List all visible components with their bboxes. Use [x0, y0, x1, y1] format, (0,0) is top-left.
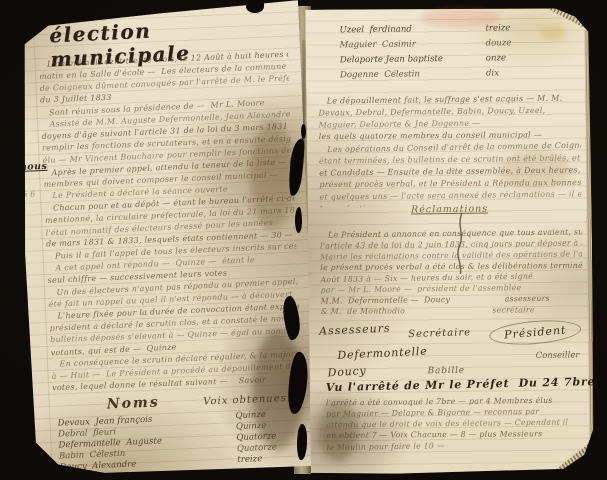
closing-title: Vu l'arrêté de Mr le Préfet Du 24 7bre 1…	[326, 374, 607, 394]
candidate-name: Dogenne Célestin	[340, 67, 486, 84]
right-body-text-1: Le dépouillement fait, le suffrage s'est…	[318, 92, 581, 207]
tear-hole	[295, 207, 302, 233]
label-councillor: Conseiller	[536, 350, 580, 361]
tear-hole	[301, 124, 306, 139]
right-body-text-2: Le Président a annoncé en conséquence qu…	[320, 226, 583, 319]
signature-defermontelle: Defermontelle	[337, 345, 428, 362]
top-edge-notch	[246, 0, 264, 13]
left-page: élection municipale nous № 6 L'an mil hu…	[10, 0, 317, 478]
candidate-votes: douze	[486, 36, 550, 52]
label-president: Président	[488, 317, 582, 347]
signature-babille: Babille	[428, 366, 465, 376]
closing-text: l'arrêté a été convoqué le 7bre — par 4 …	[326, 394, 583, 457]
right-page: Uzeel ferdinand treize Maguier Casimir d…	[305, 6, 595, 474]
signature-labels-row: Assesseurs Secrétaire Président	[319, 320, 581, 346]
signature-doucy: Doucy	[327, 364, 367, 379]
candidate-votes: dix	[486, 66, 550, 82]
label-assessors: Assesseurs	[319, 321, 391, 337]
results-table-left: Devaux Jean françois Quinze Debral fleur…	[57, 408, 301, 473]
margin-number: № 6	[20, 189, 36, 199]
results-table-continued: Uzeel ferdinand treize Maguier Casimir d…	[339, 21, 550, 84]
manuscript-line: & M. de Monthodio secrétaire	[321, 304, 583, 317]
candidate-votes: treize	[237, 452, 301, 466]
candidate-votes: treize	[485, 21, 549, 37]
label-secretary: Secrétaire	[408, 327, 471, 340]
results-header-votes: Voix obtenues	[203, 393, 287, 407]
scanned-manuscript-spread: élection municipale nous № 6 L'an mil hu…	[0, 0, 607, 480]
results-header-names: Noms	[107, 394, 160, 412]
left-body-text: L'an mil huit cent trente trois, le 12 A…	[38, 49, 302, 399]
result-row: Dogenne Célestin dix	[340, 66, 550, 84]
candidate-votes: onze	[486, 51, 550, 67]
